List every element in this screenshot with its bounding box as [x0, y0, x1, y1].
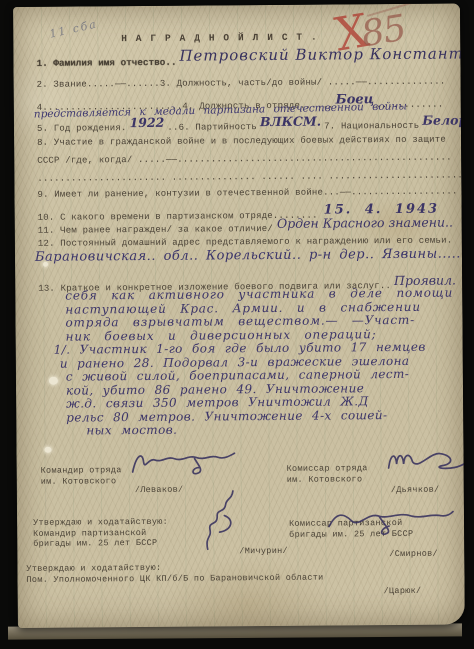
regional-representative-name: /Царюк/ — [384, 586, 422, 597]
field-full-name-value: Петровский Виктор Константинович — [179, 44, 465, 65]
award-sheet-page: 11 сба Н А Г Р А Д Н О Й Л И С Т . Х85 1… — [13, 3, 465, 627]
signature-dyachkov — [382, 443, 464, 484]
field-full-name: 1. Фамилия имя отчество..Петровский Викт… — [36, 48, 465, 71]
field-nationality-label: 7. Национальность — [324, 121, 419, 132]
brigade-commander-title-line: бригады им. 25 лет БССР — [33, 538, 168, 550]
detachment-commander-title: Командир отряда им. Котовского — [41, 465, 122, 487]
field-party-value: ВЛКСМ. — [260, 114, 321, 129]
punch-hole — [44, 447, 51, 453]
signature-smirnov — [325, 504, 455, 545]
punch-hole — [49, 377, 58, 385]
field-rank-position: 2. Звание.....——......3. Должность, част… — [37, 77, 446, 90]
combat-description-line: ных мостов. — [86, 422, 456, 438]
approval-statement: Утверждаю и ходатайствую: — [33, 517, 168, 529]
field-party-label: ..6. Партийность — [167, 122, 257, 133]
brigade-commander-title: Утверждаю и ходатайствую: Командир парти… — [33, 517, 168, 550]
field-home-address-value: Барановичская.. обл.. Корельский.. р-н д… — [35, 246, 465, 264]
field-previous-awards-value: Орден Красного знамени.. — [277, 215, 453, 231]
brigade-commissar-name: /Смирнов/ — [389, 549, 438, 560]
brigade-commander-name: /Мичурин/ — [239, 546, 288, 557]
combat-description: себя как активного участника в деле помо… — [51, 287, 456, 439]
field-previous-awards-label: 11. Чем ранее награжден/ за какое отличи… — [38, 224, 273, 236]
punch-hole — [43, 262, 48, 267]
field-previous-awards: 11. Чем ранее награжден/ за какое отличи… — [38, 217, 453, 238]
field-civil-war-participation: 8. Участие в гражданской войне и в после… — [37, 135, 446, 148]
regional-representative-title-line: Пом. Уполномоченного ЦК КП/б/Б по Барано… — [26, 572, 323, 585]
field-civil-war-participation-cont: СССР /где, когда/ .....——...............… — [37, 153, 452, 166]
field-wounds: 9. Имеет ли ранение, контузии в отечеств… — [37, 187, 457, 200]
detachment-commissar-name: /Дьячков/ — [391, 485, 440, 496]
regional-representative-title: Утверждаю и ходатайствую: Пом. Уполномоч… — [26, 562, 323, 585]
field-birth-year-value: 1922 — [129, 115, 164, 130]
field-birth-year-label: 5. Год рождения. — [37, 123, 127, 134]
field-full-name-label: 1. Фамилия имя отчество.. — [36, 58, 176, 69]
detachment-commissar-title: Комиссар отряда им. Котовского — [287, 463, 368, 485]
detachment-commissar-title-line: Комиссар отряда — [287, 463, 368, 474]
detachment-commander-title-line: им. Котовского — [41, 476, 122, 487]
dot-leader-row: ....................... ............... … — [37, 170, 463, 183]
field-birth-party-nationality: 5. Год рождения.1922..6. ПартийностьВЛКС… — [37, 114, 465, 136]
field-nationality-value: Белорус. — [422, 112, 465, 128]
scan-background: 11 сба Н А Г Р А Д Н О Й Л И С Т . Х85 1… — [0, 0, 474, 649]
detachment-commander-name: /Леваков/ — [135, 485, 184, 496]
detachment-commander-title-line: Командир отряда — [41, 465, 122, 476]
detachment-commissar-title-line: им. Котовского — [287, 474, 368, 485]
signature-levakov — [128, 445, 238, 482]
